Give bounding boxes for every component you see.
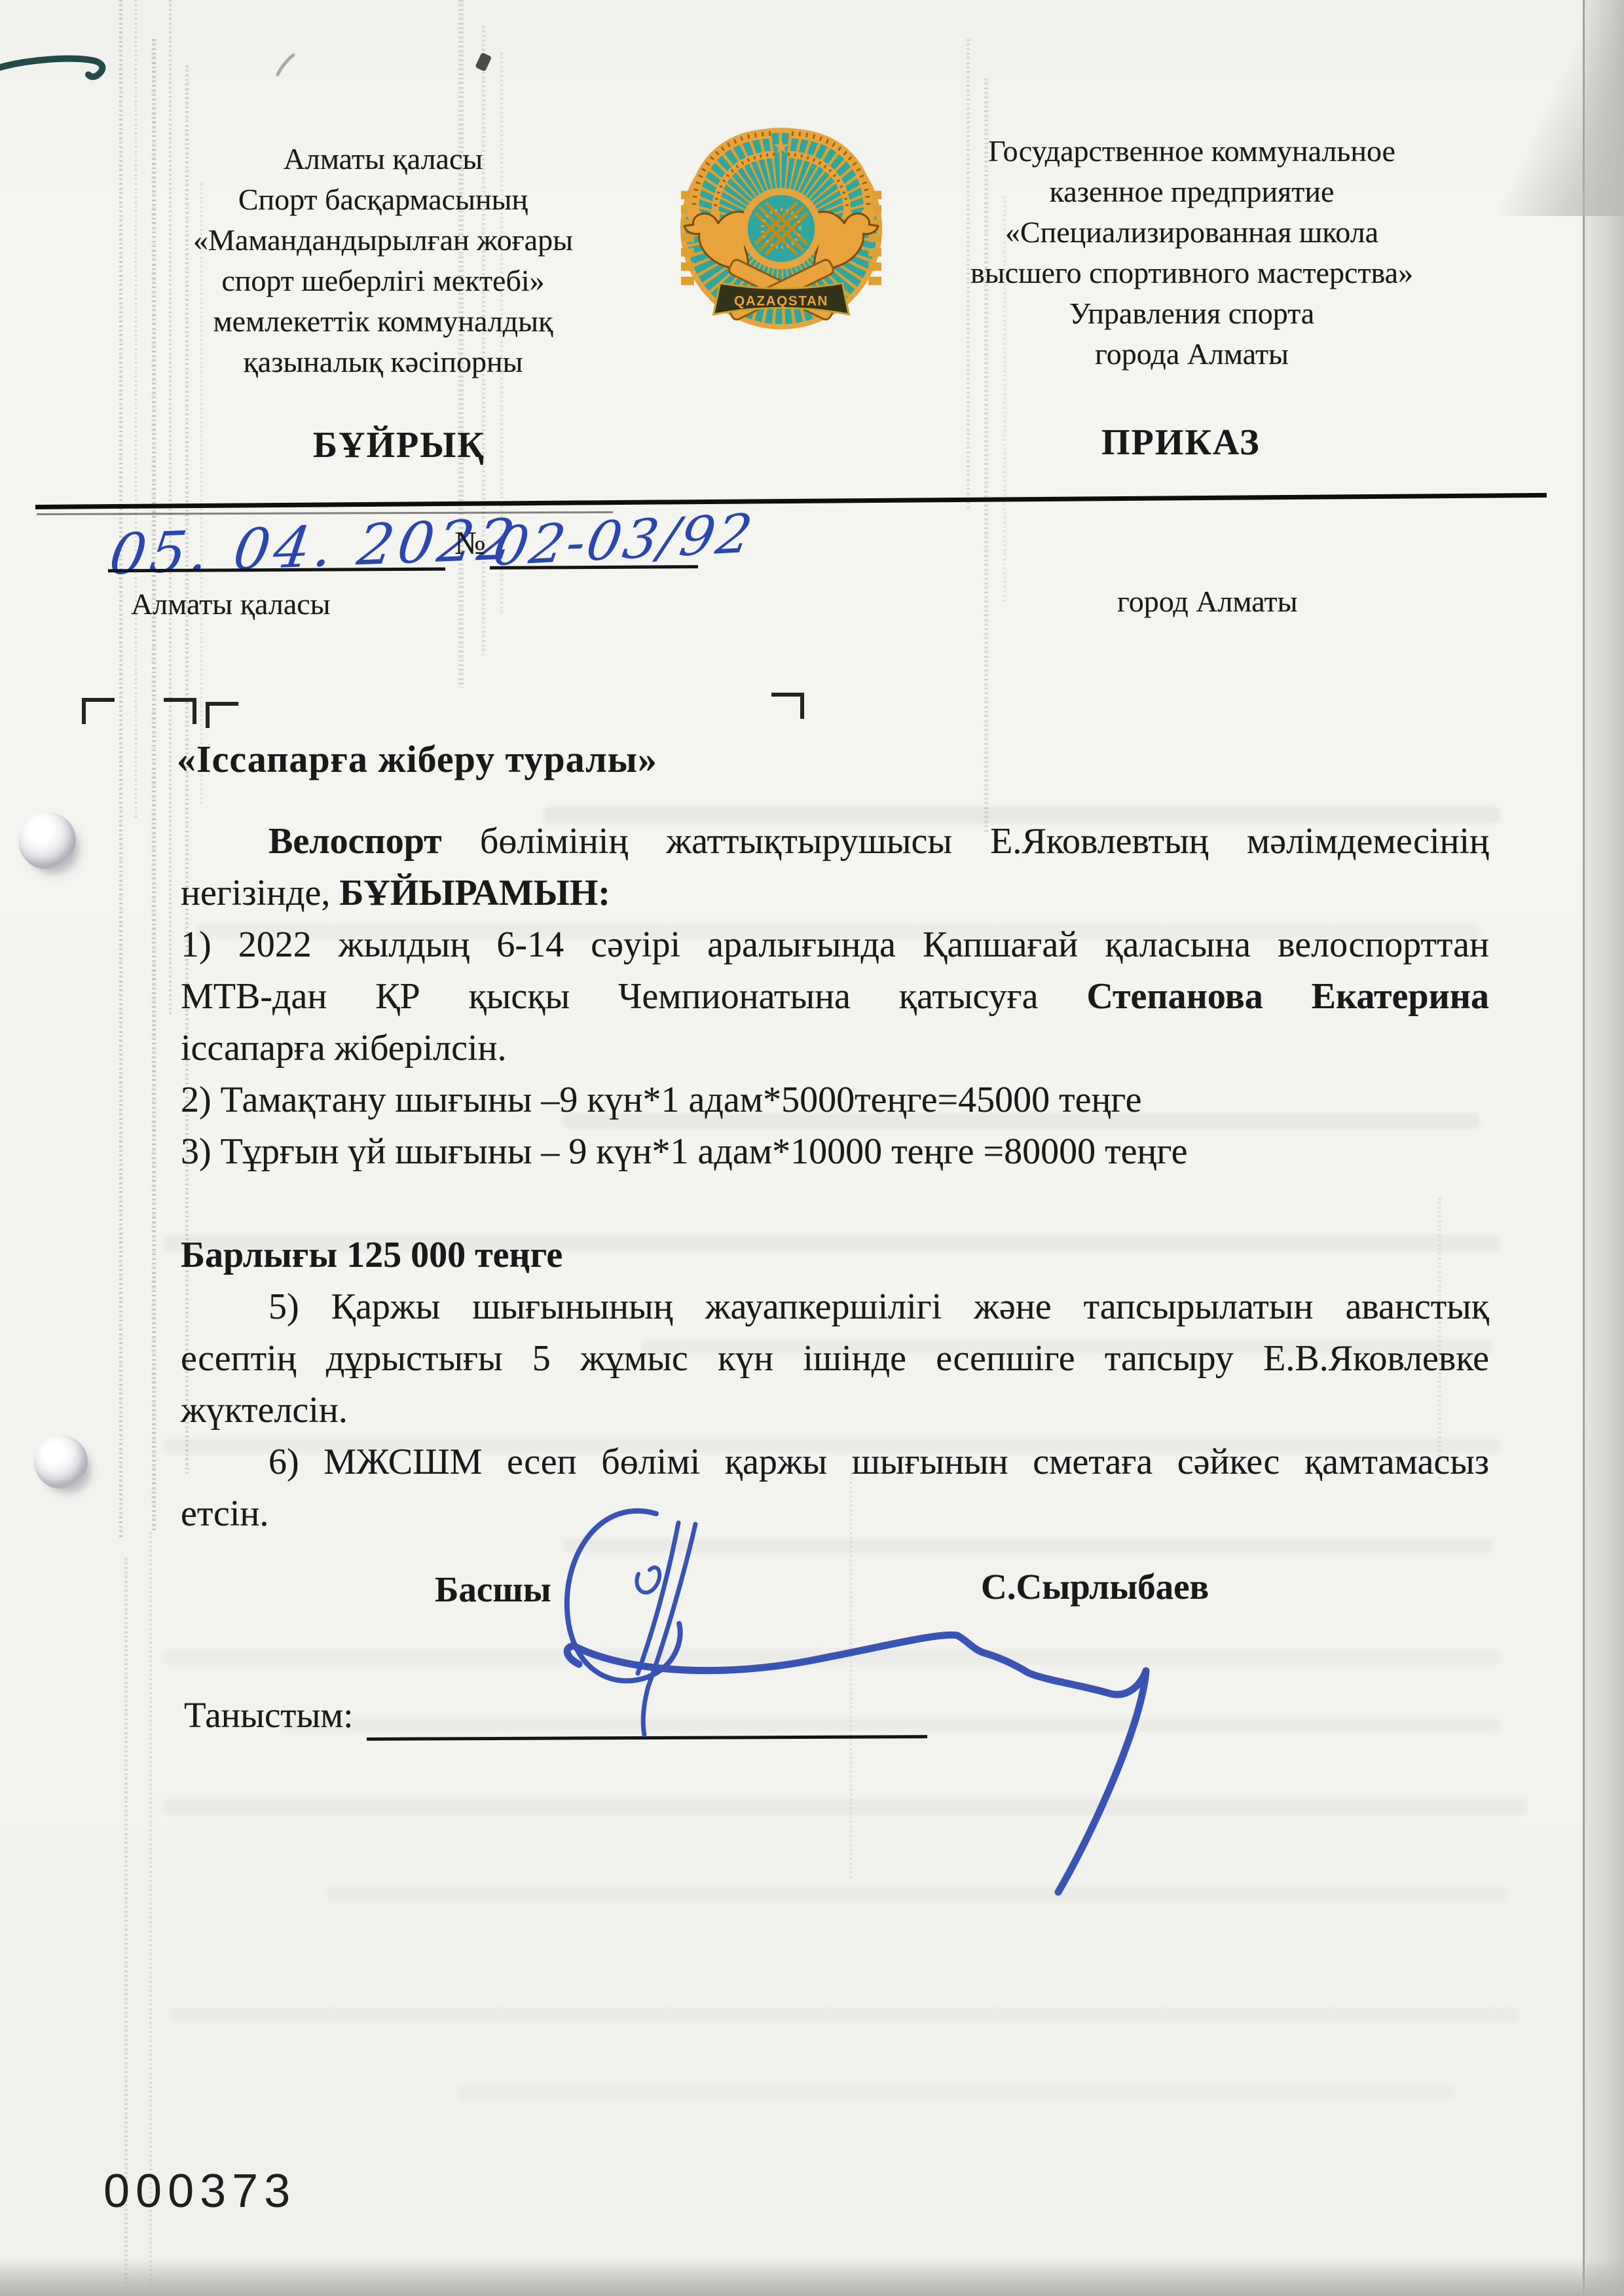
org-name-line: города Алматы: [884, 334, 1500, 374]
scanned-order-page: Алматы қаласыСпорт басқармасының«Маманда…: [0, 0, 1624, 2296]
body-text: етсін.: [181, 1493, 268, 1534]
place-russian: город Алматы: [1117, 584, 1298, 619]
crop-mark-icon: [82, 698, 115, 724]
order-title-russian: ПРИКАЗ: [1101, 422, 1261, 464]
body-text: МТВ-дан ҚР қысқы Чемпионатына қатысуға: [181, 976, 1086, 1017]
number-sign: №: [454, 524, 486, 562]
pen-tick-icon: [278, 55, 293, 75]
body-text: есептің дұрыстығы 5 жұмыс күн ішінде есе…: [181, 1338, 1489, 1379]
body-text: жүктелсін.: [181, 1390, 348, 1430]
bleedthrough-band: [164, 1650, 1500, 1664]
body-text: 1) 2022 жылдың 6-14 сәуірі аралығында Қа…: [181, 924, 1489, 965]
emblem-banner-text: QAZAQSTAN: [734, 293, 828, 308]
body-text-bold: БҰЙЫРАМЫН:: [339, 873, 610, 913]
order-body-line: 6) МЖСШМ есеп бөлімі қаржы шығынын смета…: [181, 1436, 1489, 1488]
emblem-star-icon: ★: [773, 136, 790, 158]
pen-mark-icon: [0, 59, 102, 77]
order-body-line: Велоспорт бөлімінің жаттықтырушысы Е.Яко…: [181, 816, 1489, 867]
body-text-bold: Барлығы 125 000 теңге: [181, 1235, 563, 1275]
punch-hole: [34, 1435, 88, 1489]
body-text: 6) МЖСШМ есеп бөлімі қаржы шығынын смета…: [268, 1442, 1489, 1482]
bleedthrough-band: [164, 1799, 1526, 1815]
acknowledgement-underline: [367, 1735, 927, 1741]
body-text: іссапарға жіберілсін.: [181, 1028, 506, 1068]
org-name-line: высшего спортивного мастерства»: [884, 253, 1500, 293]
crop-mark-icon: [771, 693, 804, 719]
org-name-line: Государственное коммунальное: [884, 131, 1500, 172]
order-body-line: 1) 2022 жылдың 6-14 сәуірі аралығында Қа…: [181, 919, 1489, 971]
scan-edge-corner: [1454, 0, 1624, 216]
order-subject: «Іссапарға жіберу туралы»: [177, 737, 657, 781]
bleedthrough-band: [563, 1539, 1493, 1553]
order-body-line: негізінде, БҰЙЫРАМЫН:: [181, 867, 1489, 919]
body-text: 3) Тұрғын үй шығыны – 9 күн*1 адам*10000…: [181, 1131, 1187, 1172]
body-text-bold: Степанова Екатерина: [1086, 976, 1489, 1017]
page-edge-line: [1583, 0, 1585, 2296]
org-name-line: мемлекеттік коммуналдық: [121, 301, 645, 342]
org-name-line: казенное предприятие: [884, 172, 1500, 212]
order-body-line: етсін.: [181, 1488, 1489, 1540]
org-name-line: Алматы қаласы: [121, 139, 645, 179]
punch-hole: [18, 812, 76, 869]
org-name-line: «Мамандандырылған жоғары: [121, 220, 645, 261]
order-title-kazakh: БҰЙРЫҚ: [313, 424, 485, 466]
body-text: 2) Тамақтану шығыны –9 күн*1 адам*5000те…: [181, 1080, 1142, 1120]
org-name-kazakh: Алматы қаласыСпорт басқармасының«Маманда…: [121, 139, 645, 382]
org-name-russian: Государственное коммунальноеказенное пре…: [884, 131, 1500, 374]
order-body-line: 5) Қаржы шығынының жауапкершілігі және т…: [181, 1281, 1489, 1333]
header-divider-rule: [35, 493, 1547, 509]
signer-position-label: Басшы: [435, 1569, 551, 1610]
kazakhstan-emblem-icon: QAZAQSTAN ★: [677, 126, 885, 347]
order-body-line: іссапарға жіберілсін.: [181, 1023, 1489, 1074]
order-body-line: есептің дұрыстығы 5 жұмыс күн ішінде есе…: [181, 1333, 1489, 1385]
order-body-line: 3) Тұрғын үй шығыны – 9 күн*1 адам*10000…: [181, 1126, 1489, 1178]
org-name-line: спорт шеберлігі мектебі»: [121, 261, 645, 301]
order-body-line: Барлығы 125 000 теңге: [181, 1230, 1489, 1281]
scan-edge-right: [1584, 0, 1624, 2296]
bleedthrough-band: [170, 2007, 1519, 2023]
org-name-line: Спорт басқармасының: [121, 179, 645, 220]
scan-streak: [135, 0, 137, 818]
crop-mark-icon: [164, 698, 196, 724]
place-kazakh: Алматы қаласы: [131, 587, 331, 621]
crop-mark-icon: [206, 702, 238, 728]
body-text: бөлімінің жаттықтырушысы Е.Яковлевтың мә…: [442, 821, 1489, 862]
body-blank-line: [181, 1178, 1489, 1230]
scan-edge-bottom: [0, 2258, 1624, 2296]
body-text-bold: Велоспорт: [268, 821, 442, 862]
sheet-number-stamp: 000373: [103, 2164, 296, 2218]
org-name-line: қазыналық кәсіпорны: [121, 342, 645, 382]
org-name-line: «Специализированная школа: [884, 212, 1500, 253]
body-text: 5) Қаржы шығынының жауапкершілігі және т…: [268, 1286, 1489, 1327]
order-body-line: МТВ-дан ҚР қысқы Чемпионатына қатысуға С…: [181, 971, 1489, 1023]
order-body: Велоспорт бөлімінің жаттықтырушысы Е.Яко…: [181, 816, 1489, 1540]
body-text: негізінде,: [181, 873, 339, 913]
bleedthrough-band: [282, 1718, 1500, 1731]
signer-name: С.Сырлыбаев: [981, 1566, 1209, 1607]
org-name-line: Управления спорта: [884, 293, 1500, 334]
bleedthrough-band: [327, 1887, 1506, 1901]
order-body-line: жүктелсін.: [181, 1385, 1489, 1436]
bleedthrough-band: [458, 2086, 1454, 2099]
order-body-line: 2) Тамақтану шығыны –9 күн*1 адам*5000те…: [181, 1074, 1489, 1126]
acknowledged-label: Таныстым:: [184, 1694, 354, 1736]
